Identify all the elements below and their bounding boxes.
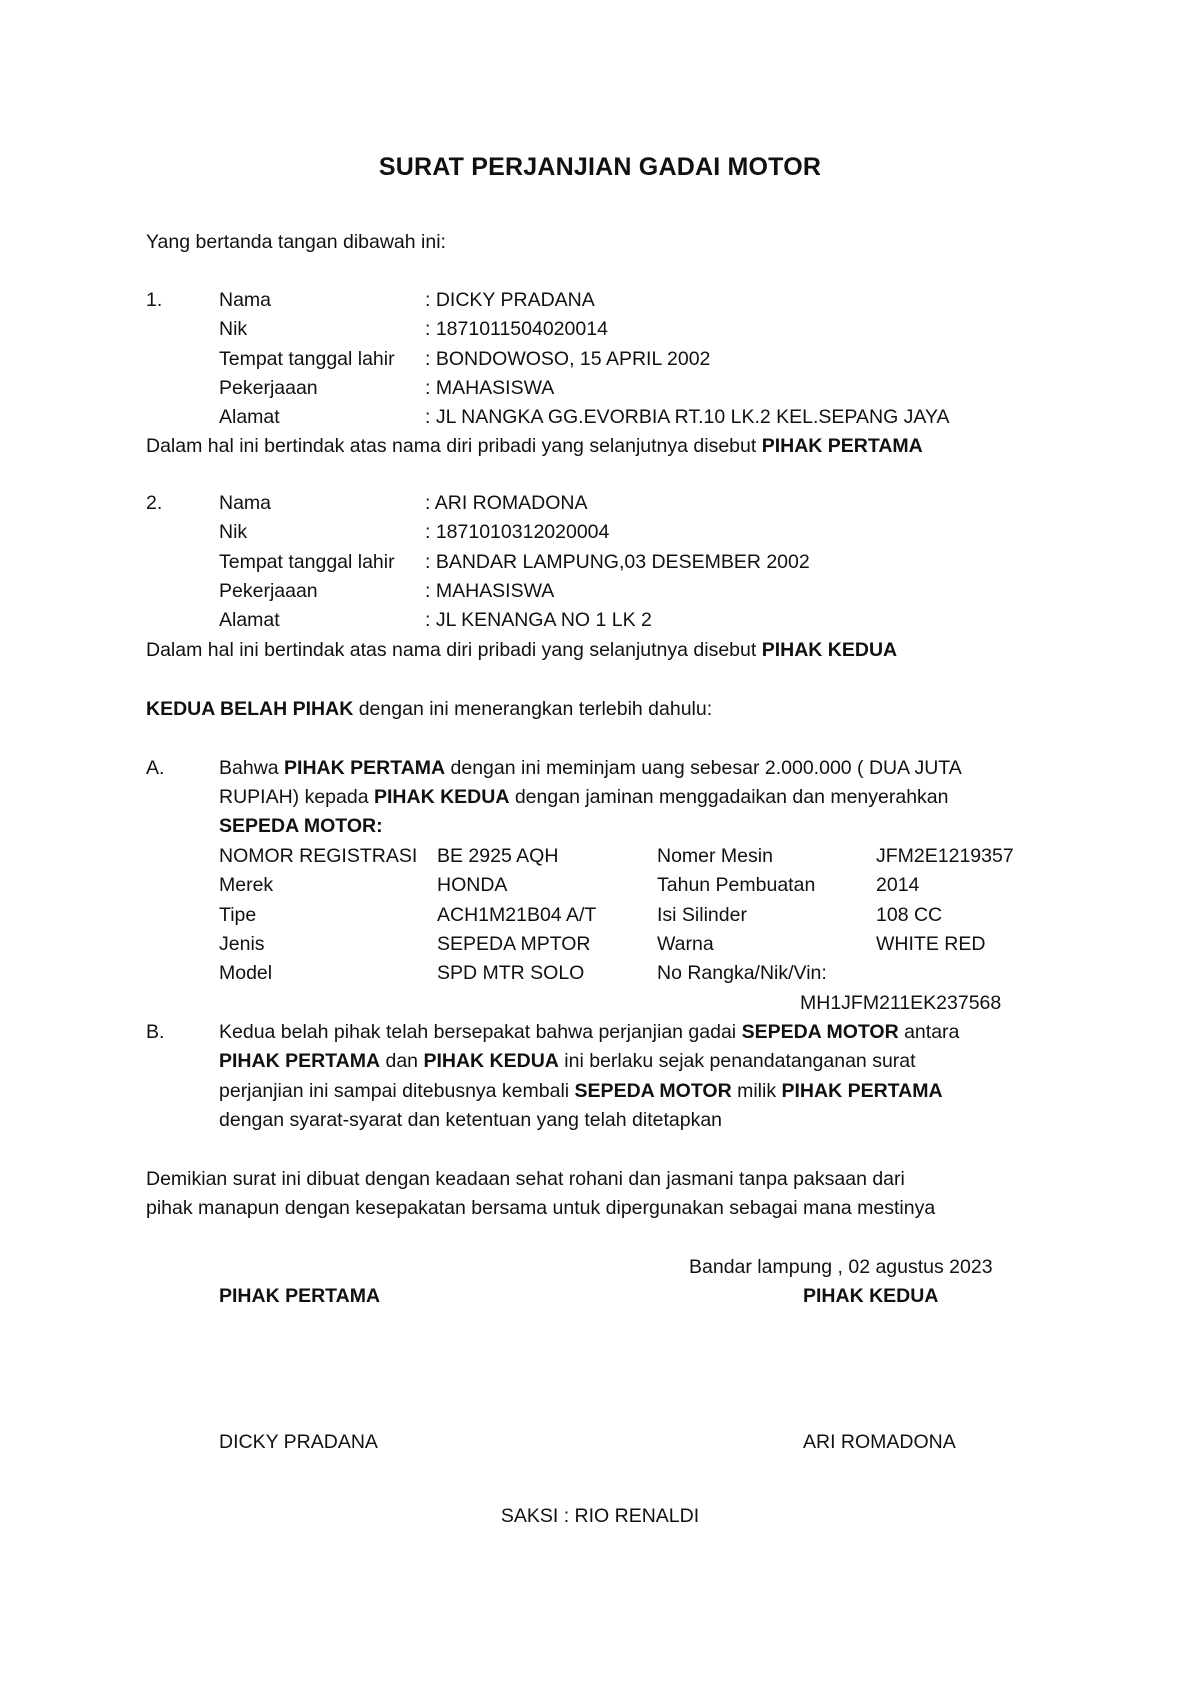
field-value: : 1871011504020014 (425, 320, 608, 340)
vehicle-label: Warna (657, 935, 714, 955)
vehicle-value: 2014 (876, 876, 919, 896)
vehicle-value: JFM2E1219357 (876, 847, 1014, 867)
signature-left-name: DICKY PRADANA (219, 1433, 378, 1453)
field-value: : 1871010312020004 (425, 523, 609, 543)
text-segment: dengan syarat-syarat dan ketentuan yang … (219, 1109, 722, 1131)
text-segment: antara (899, 1021, 960, 1043)
vehicle-label: Nomer Mesin (657, 847, 773, 867)
field-value: : BANDAR LAMPUNG,03 DESEMBER 2002 (425, 553, 810, 573)
bold-term: SEPEDA MOTOR (575, 1080, 732, 1102)
field-label: Tempat tanggal lahir (219, 350, 395, 370)
field-label: Nama (219, 291, 271, 311)
clause-marker: B. (146, 1023, 164, 1043)
bold-term: PIHAK PERTAMA (781, 1080, 942, 1102)
clause-a-line-2: RUPIAH) kepada PIHAK KEDUA dengan jamina… (219, 788, 949, 808)
vehicle-value: 108 CC (876, 906, 942, 926)
vehicle-label: No Rangka/Nik/Vin: (657, 964, 827, 984)
party-number: 1. (146, 291, 162, 311)
signature-right-name: ARI ROMADONA (803, 1433, 956, 1453)
signature-right-role: PIHAK KEDUA (803, 1287, 938, 1307)
vehicle-value: WHITE RED (876, 935, 985, 955)
explain-bold: KEDUA BELAH PIHAK (146, 698, 353, 720)
clause-b-line: PIHAK PERTAMA dan PIHAK KEDUA ini berlak… (219, 1052, 916, 1072)
vehicle-value: BE 2925 AQH (437, 847, 558, 867)
closing-line: Demikian surat ini dibuat dengan keadaan… (146, 1170, 905, 1190)
party-statement: Dalam hal ini bertindak atas nama diri p… (146, 437, 923, 457)
document-page: SURAT PERJANJIAN GADAI MOTOR Yang bertan… (0, 0, 1200, 1698)
vehicle-label: Isi Silinder (657, 906, 747, 926)
vehicle-value: SPD MTR SOLO (437, 964, 584, 984)
field-value: : JL KENANGA NO 1 LK 2 (425, 611, 652, 631)
field-value: : MAHASISWA (425, 379, 554, 399)
field-label: Nik (219, 320, 247, 340)
field-value: : BONDOWOSO, 15 APRIL 2002 (425, 350, 710, 370)
field-label: Nama (219, 494, 271, 514)
bold-term: PIHAK KEDUA (423, 1050, 558, 1072)
field-label: Alamat (219, 408, 280, 428)
clause-a-line-3: SEPEDA MOTOR: (219, 817, 383, 837)
vehicle-value: SEPEDA MPTOR (437, 935, 591, 955)
intro-text: Yang bertanda tangan dibawah ini: (146, 233, 446, 253)
clause-a-line-1: Bahwa PIHAK PERTAMA dengan ini meminjam … (219, 759, 962, 779)
vehicle-label: Model (219, 964, 272, 984)
statement-role: PIHAK PERTAMA (762, 435, 923, 457)
field-label: Pekerjaaan (219, 379, 318, 399)
explain-line: KEDUA BELAH PIHAK dengan ini menerangkan… (146, 700, 712, 720)
clause-b-line: perjanjian ini sampai ditebusnya kembali… (219, 1082, 943, 1102)
text-segment: perjanjian ini sampai ditebusnya kembali (219, 1080, 575, 1102)
vin-value: MH1JFM211EK237568 (800, 994, 1001, 1014)
text-segment: dengan ini meminjam uang sebesar 2.000.0… (445, 757, 962, 779)
bold-term: PIHAK KEDUA (374, 786, 509, 808)
text-segment: Bahwa (219, 757, 284, 779)
text-segment: ini berlaku sejak penandatanganan surat (559, 1050, 916, 1072)
clause-b-line: Kedua belah pihak telah bersepakat bahwa… (219, 1023, 959, 1043)
text-segment: milik (732, 1080, 782, 1102)
text-segment: Kedua belah pihak telah bersepakat bahwa… (219, 1021, 742, 1043)
bold-term: SEPEDA MOTOR (742, 1021, 899, 1043)
field-value: : DICKY PRADANA (425, 291, 595, 311)
place-date: Bandar lampung , 02 agustus 2023 (689, 1258, 993, 1278)
explain-rest: dengan ini menerangkan terlebih dahulu: (353, 698, 712, 720)
statement-role: PIHAK KEDUA (762, 639, 897, 661)
field-value: : JL NANGKA GG.EVORBIA RT.10 LK.2 KEL.SE… (425, 408, 950, 428)
field-label: Pekerjaaan (219, 582, 318, 602)
text-segment: RUPIAH) kepada (219, 786, 374, 808)
field-label: Tempat tanggal lahir (219, 553, 395, 573)
field-value: : ARI ROMADONA (425, 494, 588, 514)
field-label: Alamat (219, 611, 280, 631)
vehicle-label: Merek (219, 876, 273, 896)
field-value: : MAHASISWA (425, 582, 554, 602)
closing-line: pihak manapun dengan kesepakatan bersama… (146, 1199, 935, 1219)
party-statement: Dalam hal ini bertindak atas nama diri p… (146, 641, 897, 661)
vehicle-value: HONDA (437, 876, 507, 896)
vehicle-value: ACH1M21B04 A/T (437, 906, 596, 926)
vehicle-label: Jenis (219, 935, 265, 955)
bold-term: PIHAK PERTAMA (284, 757, 445, 779)
bold-term: PIHAK PERTAMA (219, 1050, 380, 1072)
witness: SAKSI : RIO RENALDI (0, 1507, 1200, 1527)
party-number: 2. (146, 494, 162, 514)
vehicle-label: Tahun Pembuatan (657, 876, 815, 896)
clause-b-line: dengan syarat-syarat dan ketentuan yang … (219, 1111, 722, 1131)
vehicle-label: Tipe (219, 906, 256, 926)
statement-text: Dalam hal ini bertindak atas nama diri p… (146, 639, 762, 661)
statement-text: Dalam hal ini bertindak atas nama diri p… (146, 435, 762, 457)
clause-marker: A. (146, 759, 164, 779)
vehicle-label: NOMOR REGISTRASI (219, 847, 417, 867)
text-segment: dan (380, 1050, 423, 1072)
signature-left-role: PIHAK PERTAMA (219, 1287, 380, 1307)
document-title: SURAT PERJANJIAN GADAI MOTOR (0, 155, 1200, 180)
text-segment: dengan jaminan menggadaikan dan menyerah… (509, 786, 948, 808)
field-label: Nik (219, 523, 247, 543)
